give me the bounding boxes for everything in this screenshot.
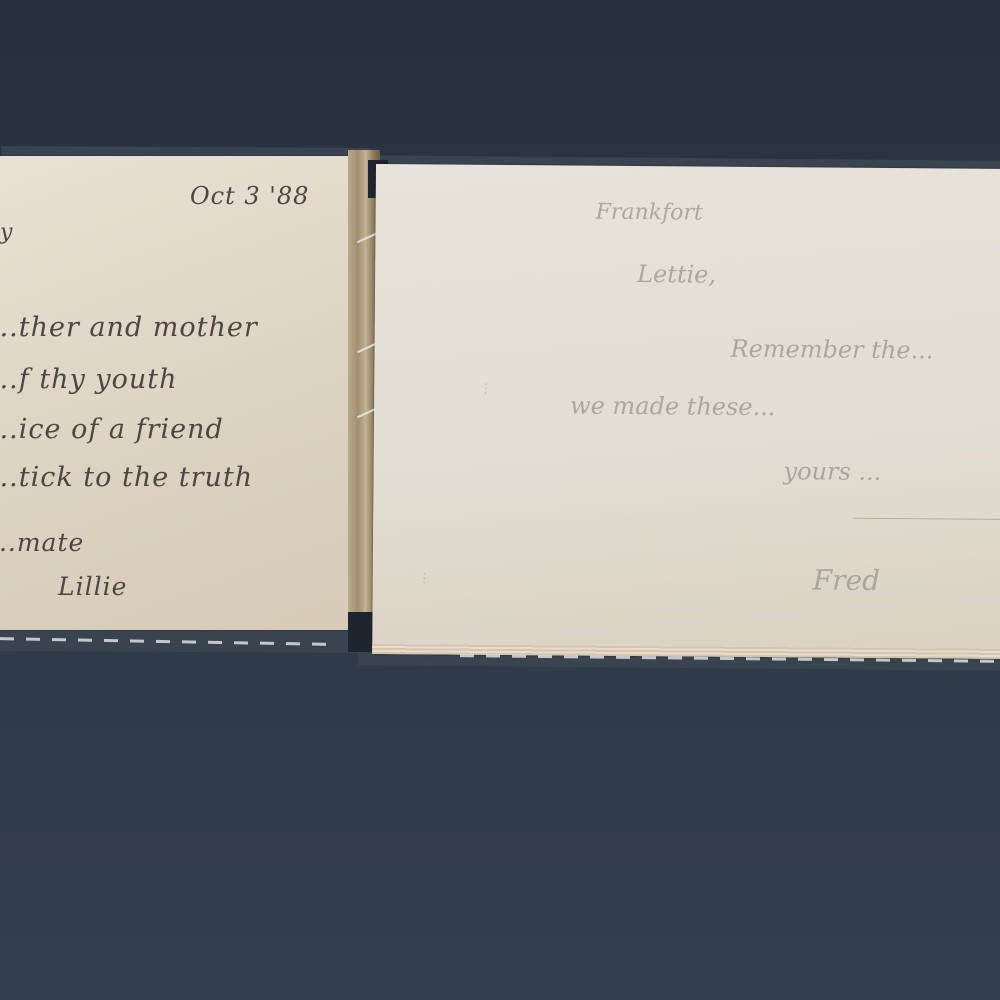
right-page: ... ... Frankfort Lettie, Remember the..… — [372, 164, 1000, 659]
left-page: Oct 3 '88 y ...ther and mother ...f thy … — [0, 156, 356, 630]
top-fragment: y — [0, 220, 13, 245]
verse-line: Remember the... — [730, 335, 933, 365]
closing-line: ...mate — [0, 528, 84, 557]
verse-line: ...ther and mother — [0, 312, 258, 343]
signature: Fred — [813, 563, 881, 597]
entry-date: Oct 3 '88 — [190, 182, 309, 210]
pencil-rule — [853, 518, 1000, 520]
verse-line: yours ... — [783, 457, 881, 486]
faded-vertical-text: ... — [474, 381, 491, 395]
salutation: Lettie, — [637, 260, 716, 289]
place-name: Frankfort — [596, 200, 703, 226]
verse-line: ...f thy youth — [0, 364, 178, 395]
verse-line: ...tick to the truth — [0, 462, 253, 493]
verse-line: we made these... — [570, 392, 776, 422]
faded-vertical-text: ... — [413, 571, 430, 585]
signature: Lillie — [58, 572, 127, 601]
verse-line: ...ice of a friend — [0, 414, 224, 445]
spine-cap-bottom — [348, 612, 374, 652]
